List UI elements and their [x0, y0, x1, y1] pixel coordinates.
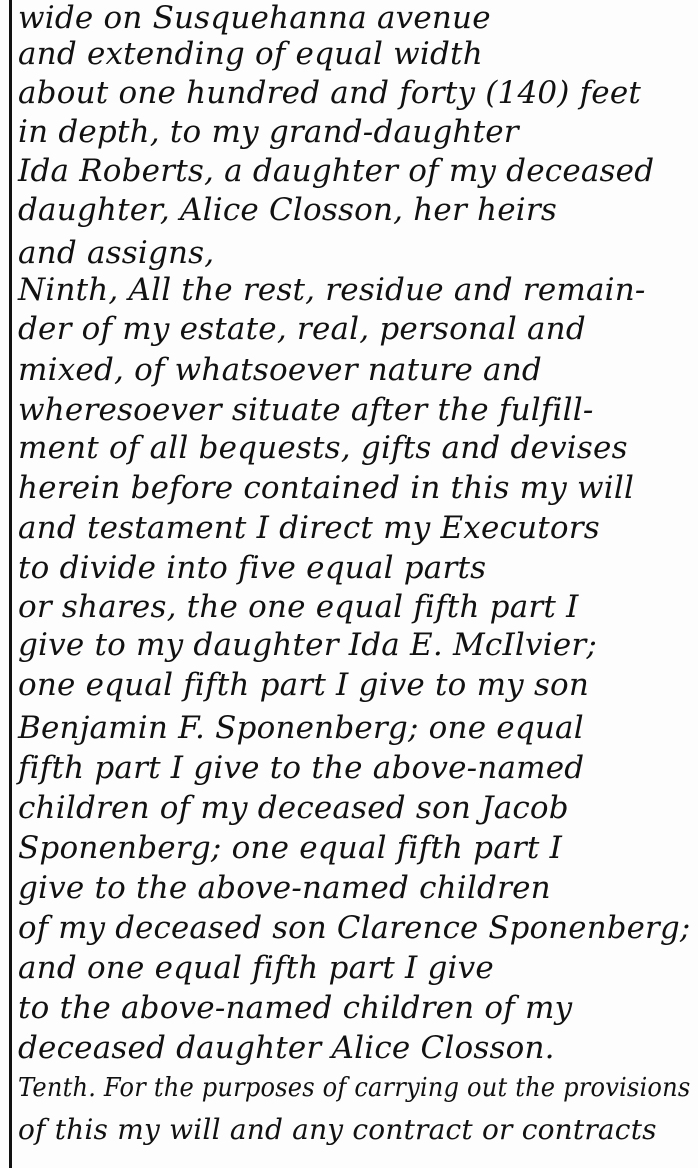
text-line: ment of all bequests, gifts and devises [18, 430, 628, 466]
text-line: Benjamin F. Sponenberg; one equal [18, 710, 584, 746]
text-line: one equal fifth part I give to my son [18, 667, 589, 703]
text-line: in depth, to my grand-daughter [18, 114, 519, 150]
text-line: herein before contained in this my will [18, 470, 634, 506]
text-line: and assigns, [18, 235, 214, 271]
text-line: and extending of equal width [18, 36, 483, 72]
text-line: mixed, of whatsoever nature and [18, 352, 542, 388]
manuscript-page: wide on Susquehanna avenue and extending… [0, 0, 698, 1168]
text-line: Ida Roberts, a daughter of my deceased [18, 153, 654, 189]
text-line: about one hundred and forty (140) feet [18, 75, 641, 111]
text-line: daughter, Alice Closson, her heirs [18, 192, 557, 228]
text-line: children of my deceased son Jacob [18, 790, 569, 826]
text-line: der of my estate, real, personal and [18, 311, 586, 347]
text-line: wheresoever situate after the fulfill- [18, 392, 594, 428]
text-line: give to the above-named children [18, 870, 551, 906]
text-line: wide on Susquehanna avenue [18, 0, 491, 36]
text-line: or shares, the one equal fifth part I [18, 589, 579, 625]
text-line: deceased daughter Alice Closson. [18, 1030, 555, 1066]
text-line: of my deceased son Clarence Sponenberg; [18, 910, 690, 946]
left-margin-rule [9, 0, 12, 1168]
text-line: and testament I direct my Executors [18, 510, 600, 546]
text-line: fifth part I give to the above-named [18, 750, 584, 786]
text-line: to divide into five equal parts [18, 550, 486, 586]
text-line: of this my will and any contract or cont… [18, 1113, 657, 1146]
text-line: and one equal fifth part I give [18, 950, 494, 986]
text-line: give to my daughter Ida E. McIlvier; [18, 627, 597, 663]
text-line: to the above-named children of my [18, 990, 572, 1026]
text-line: Sponenberg; one equal fifth part I [18, 830, 562, 866]
text-line: Ninth, All the rest, residue and remain- [18, 272, 646, 308]
text-line: Tenth. For the purposes of carrying out … [18, 1073, 690, 1103]
